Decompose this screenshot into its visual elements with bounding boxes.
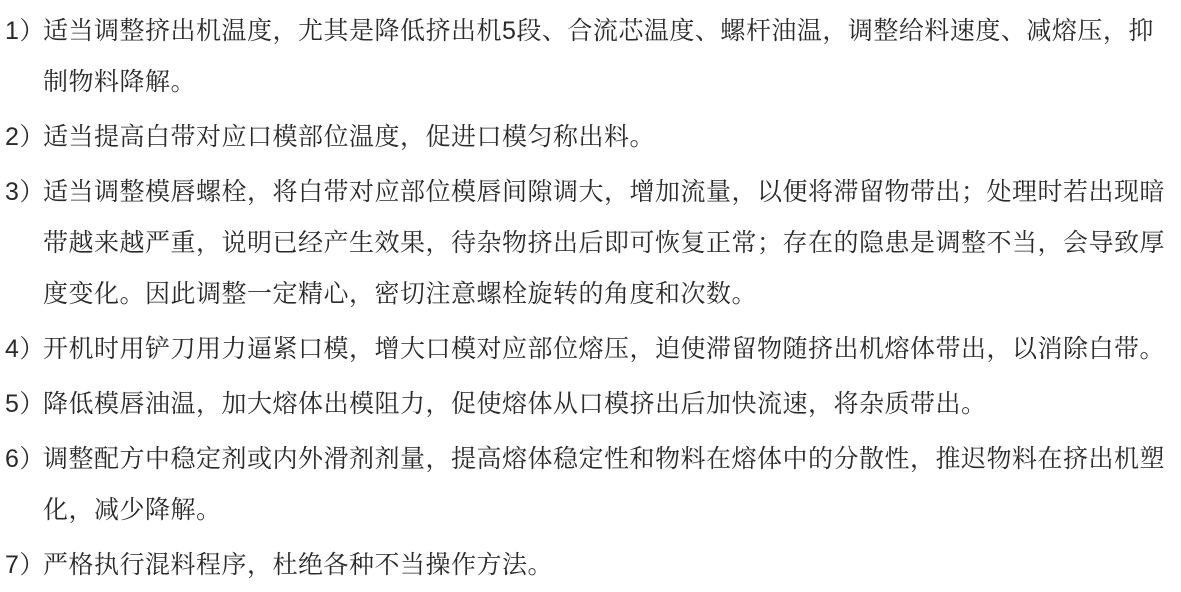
list-item: 2） 适当提高白带对应口模部位温度，促进口模匀称出料。	[5, 112, 1167, 163]
list-item-text: 降低模唇油温，加大熔体出模阻力，促使熔体从口模挤出后加快流速，将杂质带出。	[43, 390, 987, 418]
list-item: 7） 严格执行混料程序，杜绝各种不当操作方法。	[5, 540, 1167, 591]
list-item-text: 开机时用铲刀用力逼紧口模，增大口模对应部位熔压，迫使滞留物随挤出机熔体带出，以消…	[43, 335, 1165, 363]
list-item: 3） 适当调整模唇螺栓，将白带对应部位模唇间隙调大，增加流量，以便将滞留物带出；…	[5, 167, 1167, 320]
list-item-marker: 5）	[5, 379, 45, 430]
document-page: 1） 适当调整挤出机温度，尤其是降低挤出机5段、合流芯温度、螺杆油温，调整给料速…	[0, 0, 1181, 592]
list-item-marker: 6）	[5, 434, 45, 485]
list-item-text: 调整配方中稳定剂或内外滑剂剂量，提高熔体稳定性和物料在熔体中的分散性，推迟物料在…	[43, 445, 1165, 524]
list-item-marker: 7）	[5, 540, 45, 591]
list-item-marker: 3）	[5, 167, 45, 218]
list-item: 6） 调整配方中稳定剂或内外滑剂剂量，提高熔体稳定性和物料在熔体中的分散性，推迟…	[5, 434, 1167, 536]
list-item: 4） 开机时用铲刀用力逼紧口模，增大口模对应部位熔压，迫使滞留物随挤出机熔体带出…	[5, 324, 1167, 375]
list-item: 5） 降低模唇油温，加大熔体出模阻力，促使熔体从口模挤出后加快流速，将杂质带出。	[5, 379, 1167, 430]
list-item-text: 适当调整挤出机温度，尤其是降低挤出机5段、合流芯温度、螺杆油温，调整给料速度、减…	[43, 17, 1154, 96]
list-item-text: 适当提高白带对应口模部位温度，促进口模匀称出料。	[43, 123, 655, 151]
list-item: 1） 适当调整挤出机温度，尤其是降低挤出机5段、合流芯温度、螺杆油温，调整给料速…	[5, 6, 1167, 108]
list-item-marker: 4）	[5, 324, 45, 375]
list-item-text: 严格执行混料程序，杜绝各种不当操作方法。	[43, 551, 553, 579]
list-item-marker: 2）	[5, 112, 45, 163]
list-item-marker: 1）	[5, 6, 45, 57]
list-item-text: 适当调整模唇螺栓，将白带对应部位模唇间隙调大，增加流量，以便将滞留物带出；处理时…	[43, 178, 1165, 308]
